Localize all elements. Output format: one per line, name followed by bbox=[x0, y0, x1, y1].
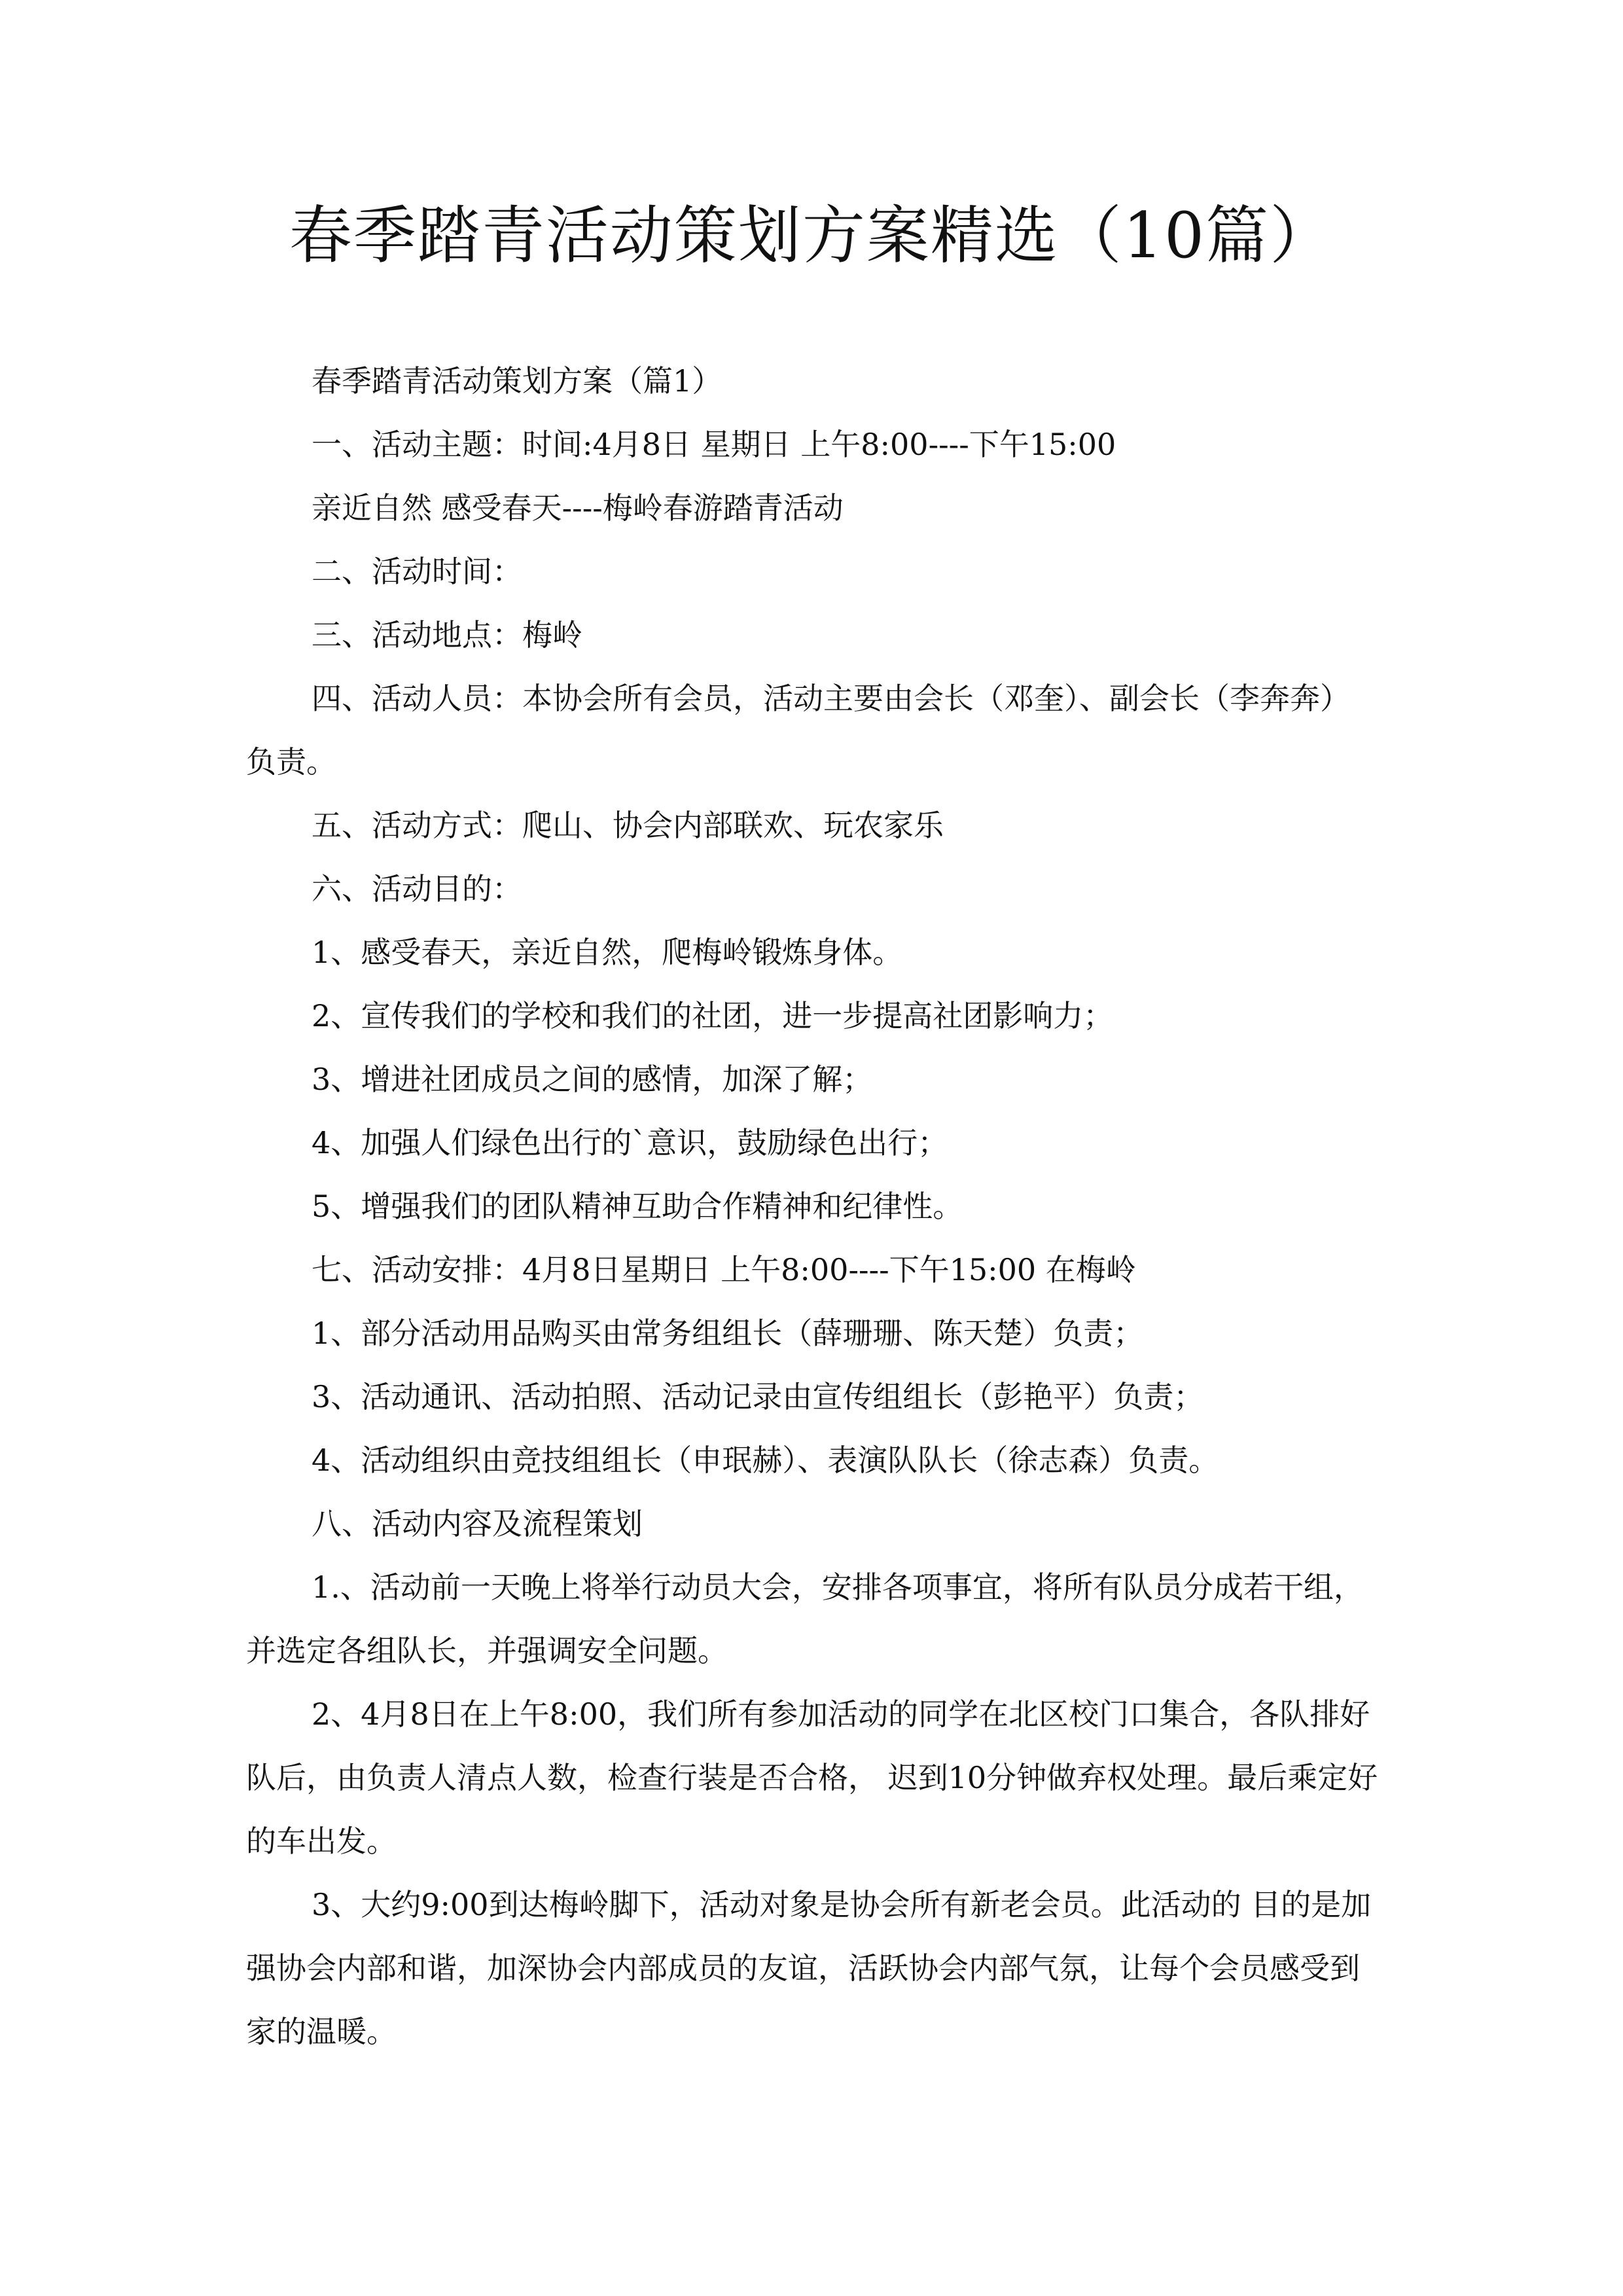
list-item: 1、感受春天，亲近自然，爬梅岭锻炼身体。 bbox=[246, 921, 1378, 984]
paragraph: 亲近自然 感受春天----梅岭春游踏青活动 bbox=[246, 476, 1378, 540]
list-item: 2、4月8日在上午8:00，我们所有参加活动的同学在北区校门口集合，各队排好队后… bbox=[246, 1683, 1378, 1873]
list-item: 1.、活动前一天晚上将举行动员大会，安排各项事宜，将所有队员分成若干组，并选定各… bbox=[246, 1556, 1378, 1683]
paragraph: 七、活动安排：4月8日星期日 上午8:00----下午15:00 在梅岭 bbox=[246, 1238, 1378, 1302]
section-heading: 春季踏青活动策划方案（篇1） bbox=[246, 350, 1378, 413]
list-item: 3、活动通讯、活动拍照、活动记录由宣传组组长（彭艳平）负责； bbox=[246, 1365, 1378, 1429]
paragraph: 四、活动人员：本协会所有会员，活动主要由会长（邓奎）、副会长（李奔奔）负责。 bbox=[246, 667, 1378, 794]
document-page: 春季踏青活动策划方案精选（10篇） 春季踏青活动策划方案（篇1） 一、活动主题：… bbox=[0, 0, 1623, 2296]
list-item: 5、增强我们的团队精神互助合作精神和纪律性。 bbox=[246, 1175, 1378, 1238]
document-body: 春季踏青活动策划方案（篇1） 一、活动主题：时间:4月8日 星期日 上午8:00… bbox=[246, 350, 1378, 2064]
paragraph: 八、活动内容及流程策划 bbox=[246, 1492, 1378, 1556]
paragraph: 二、活动时间： bbox=[246, 540, 1378, 603]
list-item: 4、加强人们绿色出行的`意识，鼓励绿色出行； bbox=[246, 1111, 1378, 1175]
list-item: 1、部分活动用品购买由常务组组长（薛珊珊、陈天楚）负责； bbox=[246, 1302, 1378, 1365]
list-item: 4、活动组织由竞技组组长（申珉赫）、表演队队长（徐志森）负责。 bbox=[246, 1429, 1378, 1492]
list-item: 2、宣传我们的学校和我们的社团，进一步提高社团影响力； bbox=[246, 984, 1378, 1048]
paragraph: 六、活动目的： bbox=[246, 857, 1378, 921]
list-item: 3、增进社团成员之间的感情，加深了解； bbox=[246, 1048, 1378, 1111]
paragraph: 一、活动主题：时间:4月8日 星期日 上午8:00----下午15:00 bbox=[246, 413, 1378, 476]
paragraph: 五、活动方式：爬山、协会内部联欢、玩农家乐 bbox=[246, 794, 1378, 857]
paragraph: 三、活动地点：梅岭 bbox=[246, 603, 1378, 667]
document-title: 春季踏青活动策划方案精选（10篇） bbox=[0, 196, 1623, 275]
list-item: 3、大约9:00到达梅岭脚下，活动对象是协会所有新老会员。此活动的 目的是加强协… bbox=[246, 1873, 1378, 2064]
